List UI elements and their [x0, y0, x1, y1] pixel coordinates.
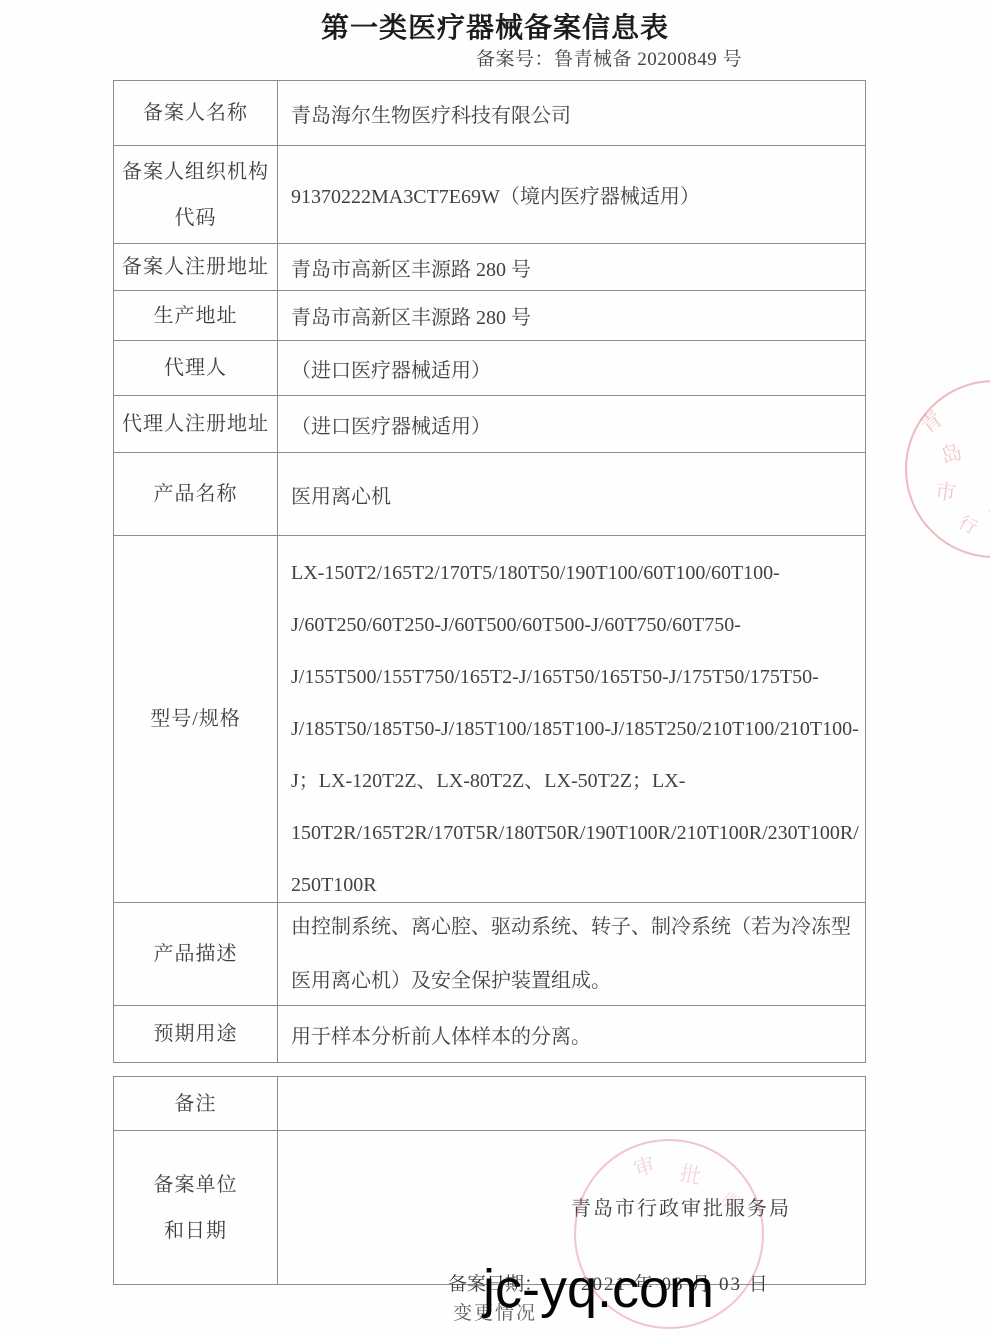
seal-character: 行 [956, 513, 980, 537]
row-value: 用于样本分析前人体样本的分离。 [278, 1006, 865, 1062]
table-row-filer-name: 备案人名称 青岛海尔生物医疗科技有限公司 [114, 81, 865, 145]
registration-info-table: 备案人名称 青岛海尔生物医疗科技有限公司 备案人组织机构 代码 91370222… [113, 80, 866, 1063]
row-value: 青岛市高新区丰源路 280 号 [278, 291, 865, 340]
row-value: LX-150T2/165T2/170T5/180T50/190T100/60T1… [278, 536, 867, 902]
registration-number: 备案号：鲁青械备 20200849 号 [476, 44, 742, 71]
row-value [278, 1077, 865, 1130]
row-label: 备注 [114, 1077, 278, 1130]
table-row-product-name: 产品名称 医用离心机 [114, 452, 865, 535]
row-label: 型号/规格 [114, 536, 278, 902]
row-label: 备案人组织机构 代码 [114, 146, 278, 243]
site-watermark: jc-yq.com [483, 1262, 714, 1316]
table-row-production-address: 生产地址 青岛市高新区丰源路 280 号 [114, 290, 865, 340]
table-row-filer-address: 备案人注册地址 青岛市高新区丰源路 280 号 [114, 243, 865, 290]
table-row-org-code: 备案人组织机构 代码 91370222MA3CT7E69W（境内医疗器械适用） [114, 145, 865, 243]
table-row-product-description: 产品描述 由控制系统、离心腔、驱动系统、转子、制冷系统（若为冷冻型 医用离心机）… [114, 902, 865, 1005]
row-value: 青岛市高新区丰源路 280 号 [278, 244, 865, 290]
table-row-remark: 备注 [114, 1077, 865, 1130]
page-title: 第一类医疗器械备案信息表 [0, 6, 990, 46]
seal-character: 岛 [938, 441, 965, 468]
row-label: 备案单位 和日期 [114, 1131, 278, 1284]
row-label: 产品描述 [114, 903, 278, 1005]
row-value: 91370222MA3CT7E69W（境内医疗器械适用） [278, 146, 865, 243]
table-row-intended-use: 预期用途 用于样本分析前人体样本的分离。 [114, 1005, 865, 1062]
row-label: 生产地址 [114, 291, 278, 340]
row-value: 医用离心机 [278, 453, 865, 535]
table-row-agent: 代理人 （进口医疗器械适用） [114, 340, 865, 395]
row-value: 青岛海尔生物医疗科技有限公司 [278, 81, 865, 145]
seal-character: 青 [917, 408, 946, 437]
remark-filing-table: 备注 备案单位 和日期 青岛市行政审批服务局 备案日期：2021 年 08 月 … [113, 1076, 866, 1285]
table-row-model-spec: 型号/规格 LX-150T2/165T2/170T5/180T50/190T10… [114, 535, 865, 902]
row-label: 代理人注册地址 [114, 396, 278, 452]
filing-unit-name: 青岛市行政审批服务局 [571, 1192, 791, 1221]
row-label: 备案人注册地址 [114, 244, 278, 290]
row-label: 备案人名称 [114, 81, 278, 145]
row-value: （进口医疗器械适用） [278, 396, 865, 452]
row-label: 代理人 [114, 341, 278, 395]
row-label: 预期用途 [114, 1006, 278, 1062]
row-label: 产品名称 [114, 453, 278, 535]
seal-character: 市 [934, 481, 958, 505]
document-page: 第一类医疗器械备案信息表 备案号：鲁青械备 20200849 号 备案人名称 青… [0, 0, 990, 1336]
table-row-agent-address: 代理人注册地址 （进口医疗器械适用） [114, 395, 865, 452]
official-seal-partial: 青 岛 市 行 政 [905, 380, 990, 558]
row-value: （进口医疗器械适用） [278, 341, 865, 395]
row-value: 由控制系统、离心腔、驱动系统、转子、制冷系统（若为冷冻型 医用离心机）及安全保护… [278, 903, 865, 1005]
